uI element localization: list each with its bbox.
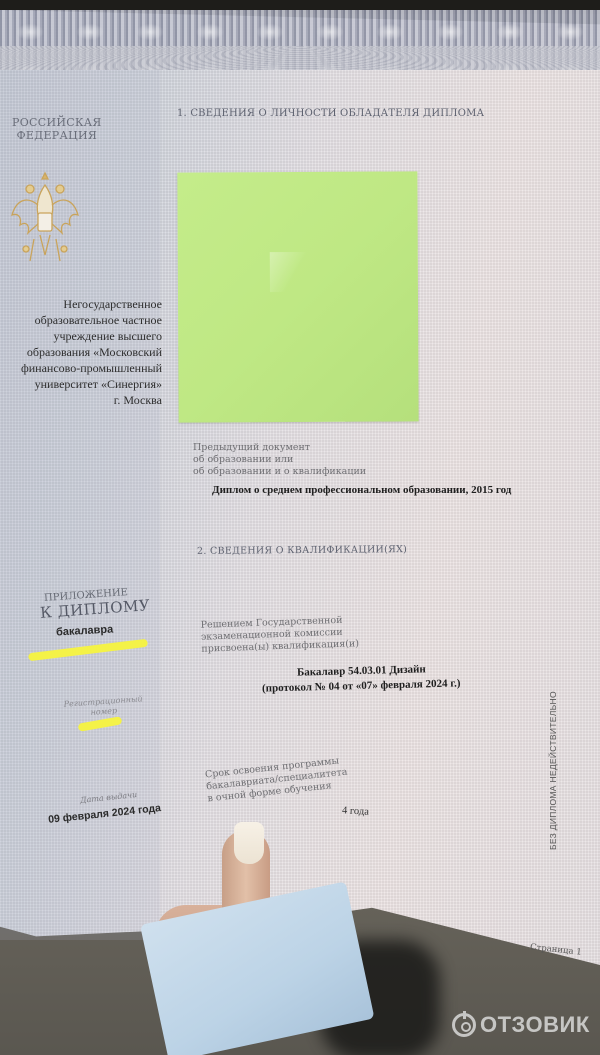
otzovik-logo-icon: [452, 1013, 476, 1037]
watermark-text: ОТЗОВИК: [480, 1012, 590, 1038]
study-term-value: 4 года: [342, 805, 369, 817]
country-title: РОССИЙСКАЯ ФЕДЕРАЦИЯ: [12, 116, 102, 142]
section1-title: 1. СВЕДЕНИЯ О ЛИЧНОСТИ ОБЛАДАТЕЛЯ ДИПЛОМ…: [177, 108, 484, 119]
organization-name: Негосударственное образовательное частно…: [0, 296, 162, 408]
thumb-nail: [234, 822, 264, 864]
previous-document-value: Диплом о среднем профессиональном образо…: [212, 484, 511, 496]
validity-side-note: БЕЗ ДИПЛОМА НЕДЕЙСТВИТЕЛЬНО: [548, 691, 558, 850]
commission-decision-label: Решением Государственной экзаменационной…: [200, 614, 359, 655]
section2-title: 2. СВЕДЕНИЯ О КВАЛИФИКАЦИИ(ЯХ): [197, 544, 407, 557]
previous-document-label: Предыдущий документ об образовании или о…: [193, 442, 366, 478]
photo-scene: РОССИЙСКАЯ ФЕДЕРАЦИЯ Негосударственное о…: [0, 0, 600, 1055]
sticky-note-redaction: [177, 171, 418, 422]
watermark: ОТЗОВИК: [452, 1012, 590, 1038]
guilloche-border-lower: [0, 46, 600, 70]
coat-of-arms-icon: [8, 165, 83, 277]
